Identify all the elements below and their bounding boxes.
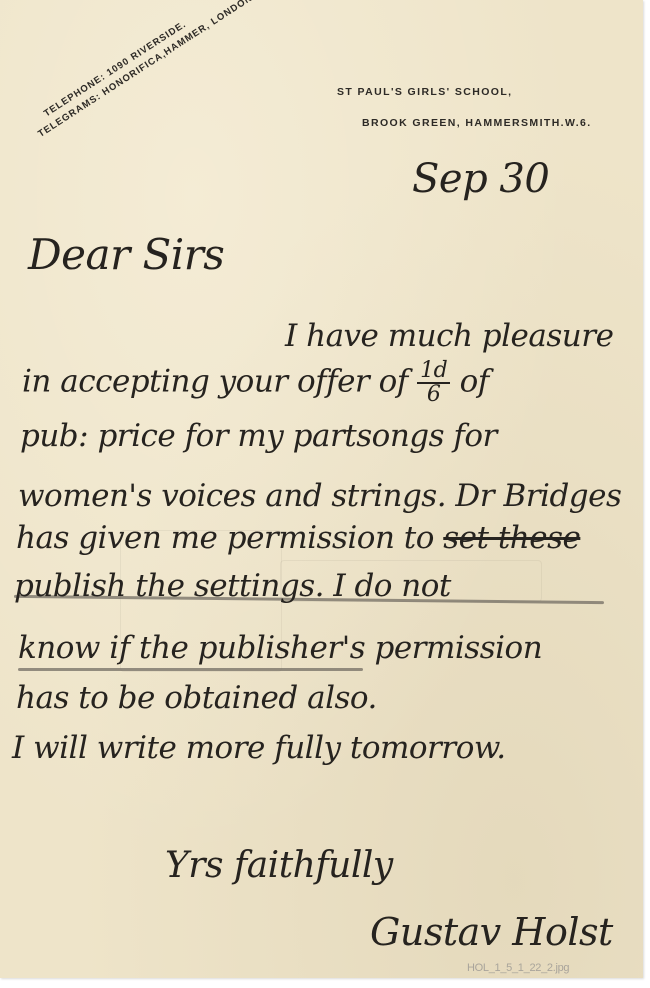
letterhead-contact-block: TELEPHONE: 1090 RIVERSIDE. TELEGRAMS: HO… [28,0,259,141]
struck-through-text: set these [443,520,580,556]
image-filename-label: HOL_1_5_1_22_2.jpg [467,962,569,974]
letter-signature: Gustav Holst [370,910,613,954]
letter-line-2: in accepting your offer of 1d 6 of [22,360,489,406]
fraction-denominator: 6 [417,384,450,406]
letter-line-1: I have much pleasure [285,318,613,354]
letter-line-7: know if the publisher's permission [18,630,542,666]
letter-closing: Yrs faithfully [165,845,393,886]
letter-line-2-text: in accepting your offer of [22,364,408,400]
fraction-suffix: of [460,364,489,400]
letterhead-telegrams: TELEGRAMS: HONORIFICA,HAMMER, LONDON. [36,0,259,141]
letter-page: TELEPHONE: 1090 RIVERSIDE. TELEGRAMS: HO… [0,0,643,978]
letterhead-school-address: BROOK GREEN, HAMMERSMITH.W.6. [362,117,592,129]
letter-line-5-text: has given me permission to [16,520,434,556]
letter-line-4: women's voices and strings. Dr Bridges [18,478,621,514]
letter-salutation: Dear Sirs [28,230,224,279]
letter-line-8: has to be obtained also. [16,680,377,716]
letter-line-6: publish the settings. I do not [14,568,451,604]
letter-date: Sep 30 [412,156,549,202]
fraction-numerator: 1d [417,360,450,384]
letterhead-school-name: ST PAUL'S GIRLS' SCHOOL, [337,86,513,98]
letter-line-3: pub: price for my partsongs for [20,418,497,454]
letter-line-9: I will write more fully tomorrow. [12,730,506,766]
pencil-underline [18,668,363,671]
price-fraction: 1d 6 [417,360,450,406]
letter-line-5: has given me permission to set these [16,520,580,556]
